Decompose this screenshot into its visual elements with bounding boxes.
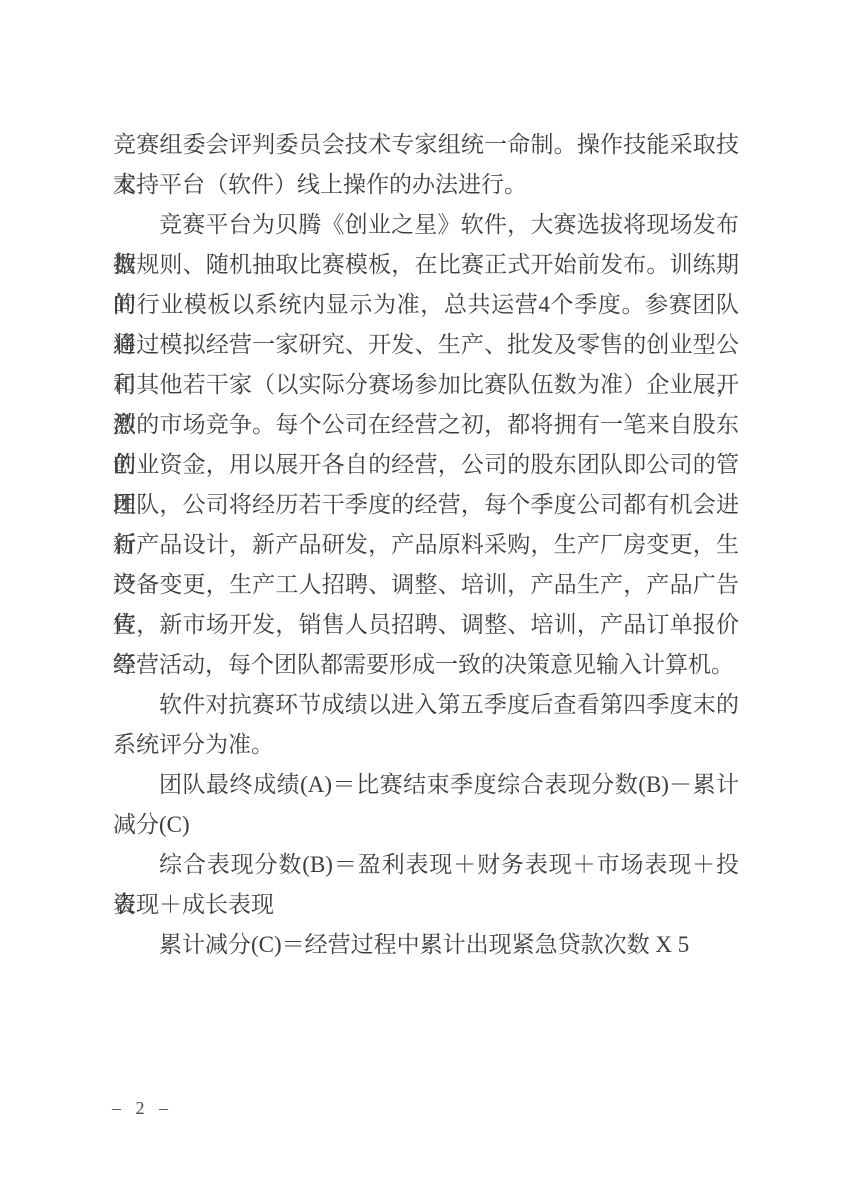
text-line: 和其他若干家（以实际分赛场参加比赛队伍数为准）企业展开激 [113, 365, 739, 405]
text-line: 系统评分为准。 [113, 725, 739, 765]
document-body: 竞赛组委会评判委员会技术专家组统一命制。操作技能采取技术支持平台（软件）线上操作… [113, 125, 739, 965]
text-line: 竞赛组委会评判委员会技术专家组统一命制。操作技能采取技术 [113, 125, 739, 165]
text-line: 团队最终成绩(A)＝比赛结束季度综合表现分数(B)－累计 [113, 765, 739, 805]
text-line: 烈的市场竞争。每个公司在经营之初，都将拥有一笔来自股东的 [113, 405, 739, 445]
document-page: 竞赛组委会评判委员会技术专家组统一命制。操作技能采取技术支持平台（软件）线上操作… [0, 0, 848, 1200]
text-line: 经营活动，每个团队都需要形成一致的决策意见输入计算机。 [113, 645, 739, 685]
text-line: 据规则、随机抽取比赛模板，在比赛正式开始前发布。训练期间 [113, 245, 739, 285]
text-line: 减分(C) [113, 805, 739, 845]
text-line: 竞赛平台为贝腾《创业之星》软件，大赛选拔将现场发布数 [113, 205, 739, 245]
text-line: 创业资金，用以展开各自的经营，公司的股东团队即公司的管理 [113, 445, 739, 485]
text-line: 团队，公司将经历若干季度的经营，每个季度公司都有机会进行 [113, 485, 739, 525]
page-number: – 2 – [112, 1096, 173, 1120]
text-line: 新产品设计，新产品研发，产品原料采购，生产厂房变更，生产 [113, 525, 739, 565]
text-line: 传，新市场开发，销售人员招聘、调整、培训，产品订单报价等 [113, 605, 739, 645]
text-line: 表现＋成长表现 [113, 885, 739, 925]
text-line: 支持平台（软件）线上操作的办法进行。 [113, 165, 739, 205]
text-line: 累计减分(C)＝经营过程中累计出现紧急贷款次数 X 5 [113, 925, 739, 965]
text-line: 设备变更，生产工人招聘、调整、培训，产品生产，产品广告宣 [113, 565, 739, 605]
text-line: 的行业模板以系统内显示为准，总共运营4个季度。参赛团队将 [113, 285, 739, 325]
text-line: 软件对抗赛环节成绩以进入第五季度后查看第四季度末的 [113, 685, 739, 725]
text-line: 通过模拟经营一家研究、开发、生产、批发及零售的创业型公司， [113, 325, 739, 365]
text-line: 综合表现分数(B)＝盈利表现＋财务表现＋市场表现＋投资 [113, 845, 739, 885]
